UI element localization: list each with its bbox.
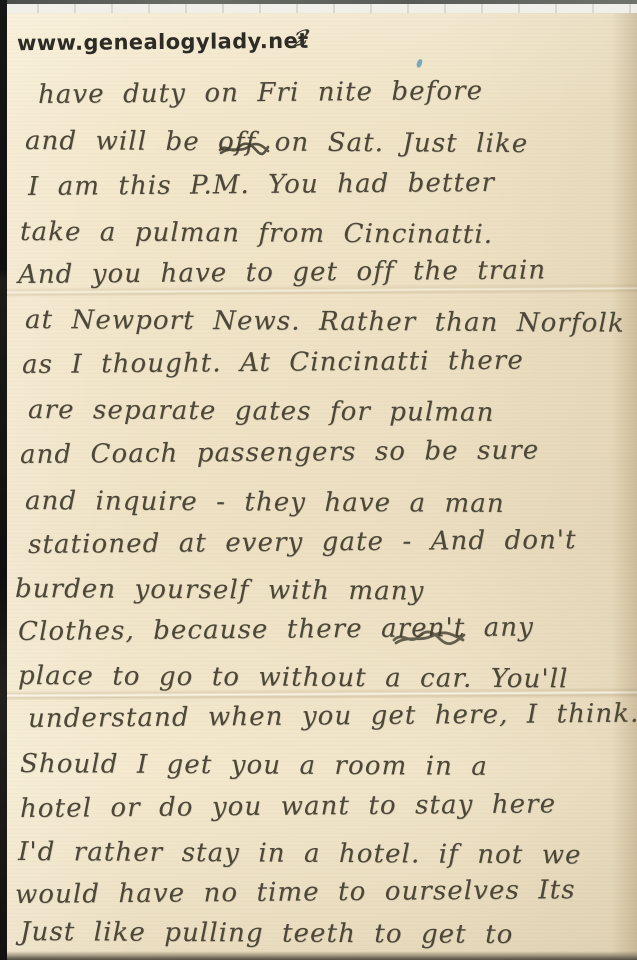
handwriting-line: hotel or do you want to stay here (20, 789, 556, 824)
scanner-left-edge (0, 0, 7, 960)
handwriting-line: as I thought. At Cincinatti there (22, 346, 524, 380)
handwriting-line: and Coach passengers so be sure (20, 435, 540, 470)
handwriting-line: stationed at every gate - And don't (28, 525, 577, 560)
handwriting-line: are separate gates for pulman (28, 395, 495, 428)
handwriting-line: and inquire - they have a man (25, 486, 505, 519)
letter-paper: www.genealogylady.net 2 have duty on Fri… (0, 13, 637, 960)
scanner-top-edge (0, 0, 637, 4)
handwriting-line: place to go to without a car. You'll (18, 661, 569, 694)
blue-ink-speck (416, 59, 423, 68)
handwriting-line: burden yourself with many (15, 574, 425, 607)
handwriting-line: would have no time to ourselves Its (15, 875, 576, 910)
handwriting-line: at Newport News. Rather than Norfolk (25, 305, 625, 339)
scanner-bottom-edge (0, 951, 637, 960)
handwriting-line: and will be off on Sat. Just like (25, 126, 529, 159)
handwriting-line: Should I get you a room in a (20, 749, 488, 782)
watermark-text: www.genealogylady.net (17, 29, 309, 56)
handwriting-line: And you have to get off the train (18, 255, 546, 290)
scanned-letter-page: www.genealogylady.net 2 have duty on Fri… (0, 0, 637, 960)
handwriting-line: understand when you get here, I think. (28, 699, 637, 734)
handwriting-line: I'd rather stay in a hotel. if not we (18, 837, 582, 870)
handwriting-line: I am this P.M. You had better (28, 168, 495, 202)
handwriting-line: Clothes, because there aren't any (18, 612, 534, 647)
handwriting-line: have duty on Fri nite before (38, 76, 483, 110)
handwriting-line: Just like pulling teeth to get to (20, 917, 514, 950)
handwriting-line: take a pulman from Cincinatti. (20, 217, 493, 250)
page-number: 2 (291, 24, 312, 53)
paper-torn-edge (0, 4, 637, 13)
